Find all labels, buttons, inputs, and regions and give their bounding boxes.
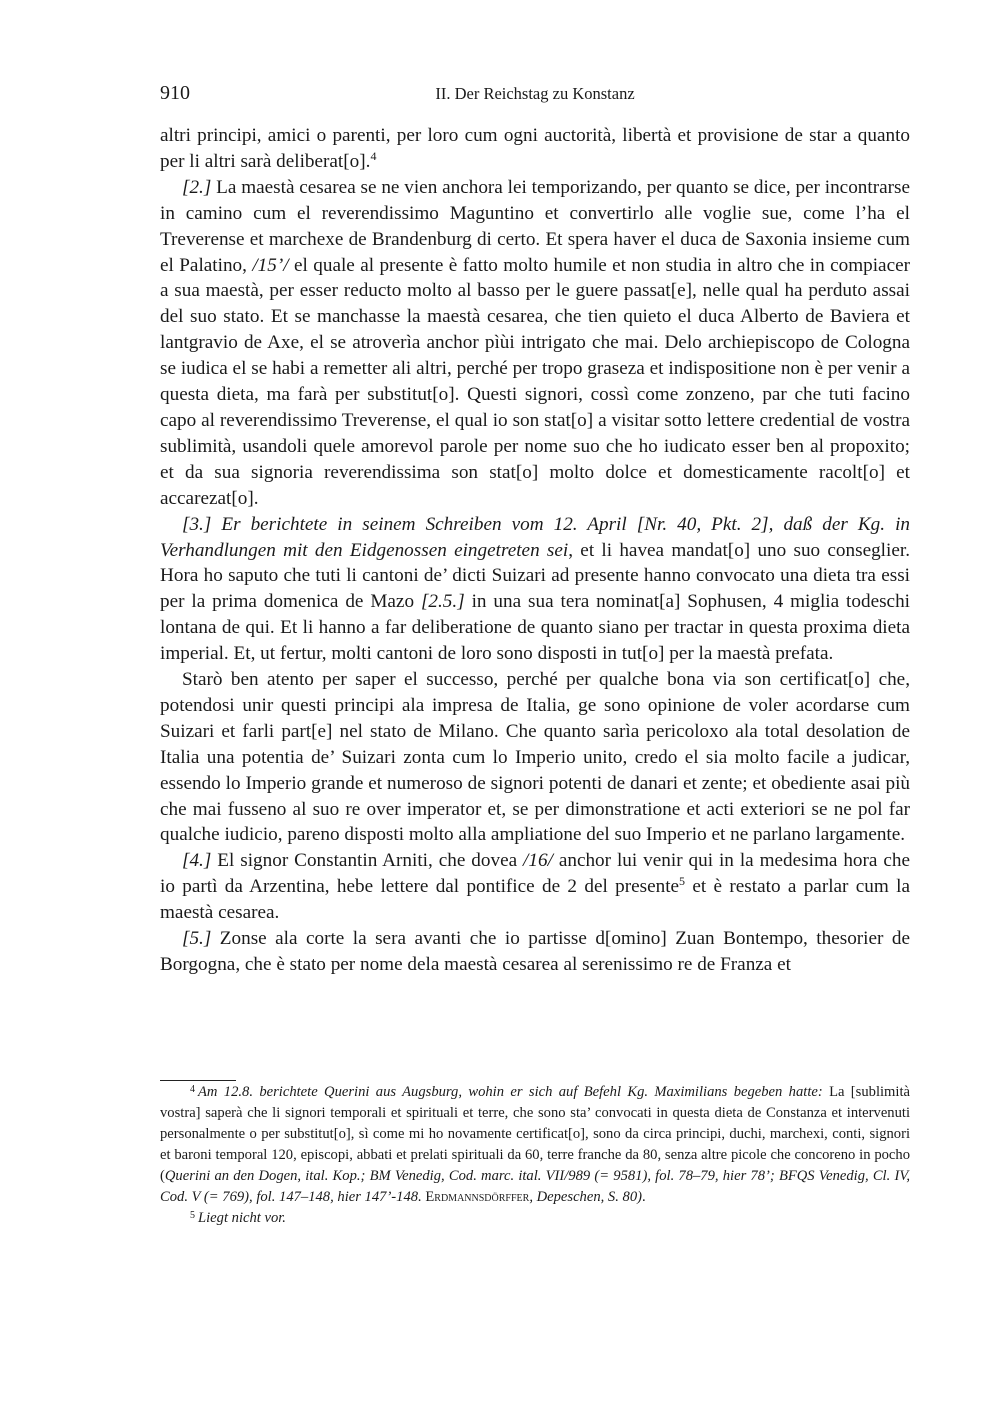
paragraph-4: Starò ben atento per saper el successo, …	[160, 667, 910, 848]
footnote-divider	[160, 1080, 236, 1081]
paragraph-2: [2.] La maestà cesarea se ne vien anchor…	[160, 175, 910, 512]
date-annotation: [2.5.]	[421, 591, 465, 612]
paragraph-3: [3.] Er berichtete in seinem Schreiben v…	[160, 512, 910, 667]
footnotes: 4Am 12.8. berichtete Querini aus Augsbur…	[160, 1082, 910, 1229]
folio-marker: /15’/	[252, 255, 288, 276]
footnote-number: 5	[190, 1210, 195, 1221]
paragraph-1: altri principi, amici o parenti, per lor…	[160, 123, 910, 175]
footnote-5: 5Liegt nicht vor.	[160, 1208, 910, 1229]
section-marker-3: [3.]	[182, 514, 211, 535]
page-header: 910 II. Der Reichstag zu Konstanz	[160, 82, 910, 108]
section-marker-5: [5.]	[182, 928, 211, 949]
footnote-4: 4Am 12.8. berichtete Querini aus Augsbur…	[160, 1082, 910, 1208]
author-name: Erdmannsdörffer	[422, 1189, 530, 1205]
folio-marker: /16/	[523, 850, 553, 871]
running-head: II. Der Reichstag zu Konstanz	[160, 84, 910, 104]
main-text: altri principi, amici o parenti, per lor…	[160, 123, 910, 978]
section-marker-4: [4.]	[182, 850, 211, 871]
footnote-ref-4[interactable]: 4	[370, 149, 376, 163]
section-marker-2: [2.]	[182, 177, 211, 198]
footnote-number: 4	[190, 1084, 195, 1095]
paragraph-5: [4.] El signor Constantin Arniti, che do…	[160, 848, 910, 926]
paragraph-6: [5.] Zonse ala corte la sera avanti che …	[160, 926, 910, 978]
